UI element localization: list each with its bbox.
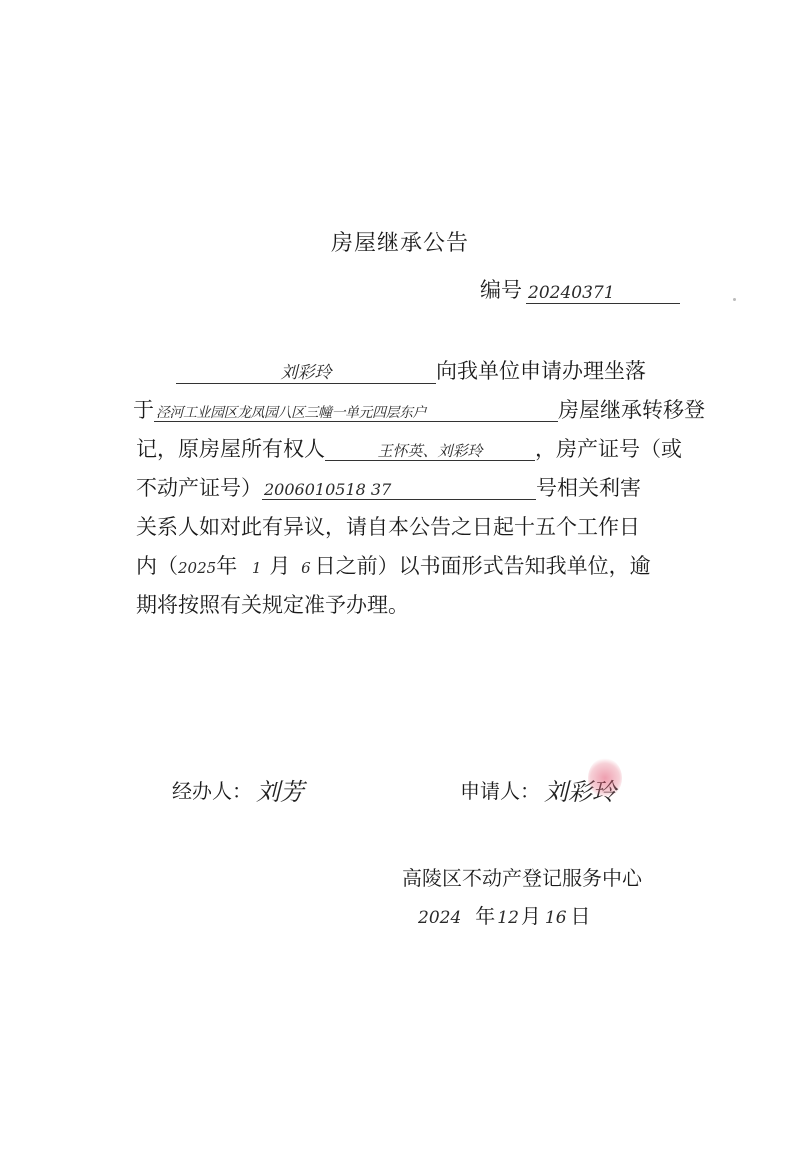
handler-signature: 刘芳 [256, 772, 304, 807]
body-text-2-suffix: 房屋继承转移登 [558, 398, 705, 422]
notice-body: 刘彩玲向我单位申请办理坐落 于泾河工业园区龙凤园八区三幢一单元四层东户房屋继承转… [136, 352, 696, 625]
deadline-year: 2025 [178, 549, 216, 588]
body-line-3: 记，原房屋所有权人王怀英、刘彩玲，房产证号（或 [136, 430, 696, 469]
issue-date-month-unit: 月 [521, 904, 541, 928]
body-text-3-prefix: 记，原房屋所有权人 [136, 437, 325, 461]
body-line-6: 内（2025年 1月 6日之前）以书面形式告知我单位，逾 [136, 547, 696, 586]
body-text-2-prefix: 于 [133, 398, 154, 422]
body-text-3-suffix: ，房产证号（或 [535, 437, 682, 461]
handler-label: 经办人： [172, 775, 252, 804]
issuing-organization: 高陵区不动产登记服务中心 [402, 862, 642, 891]
fingerprint-stamp-icon [588, 758, 622, 798]
body-line-7: 期将按照有关规定准予办理。 [136, 586, 696, 625]
body-line-2: 于泾河工业园区龙凤园八区三幢一单元四层东户房屋继承转移登 [133, 391, 696, 430]
handler-signature-block: 经办人： 刘芳 [172, 772, 304, 807]
body-text-1: 向我单位申请办理坐落 [436, 359, 646, 383]
deadline-day: 6 [301, 549, 311, 588]
applicant-name-field: 刘彩玲 [176, 365, 436, 384]
deadline-month: 1 [252, 549, 262, 588]
original-owners-field: 王怀英、刘彩玲 [325, 444, 535, 461]
issue-date: 2024年12月16日 [418, 900, 591, 929]
certificate-number-field: 2006010518 37 [262, 482, 536, 500]
serial-number-field: 20240371 [526, 285, 680, 304]
issue-date-year: 2024 [418, 908, 461, 928]
body-text-4-suffix: 号相关利害 [536, 476, 641, 500]
applicant-signature-wrap: 刘彩玲 [544, 772, 616, 807]
document-title: 房屋继承公告 [0, 226, 800, 257]
serial-label: 编号 [480, 274, 522, 304]
issue-date-year-unit: 年 [475, 904, 495, 928]
deadline-month-unit: 月 [269, 554, 290, 578]
document-page: 房屋继承公告 编号 20240371 刘彩玲向我单位申请办理坐落 于泾河工业园区… [0, 0, 800, 1154]
applicant-signature-block: 申请人： 刘彩玲 [460, 772, 616, 807]
deadline-year-unit: 年 [216, 554, 237, 578]
body-line-4: 不动产证号）2006010518 37号相关利害 [136, 469, 696, 508]
body-text-4-prefix: 不动产证号） [136, 476, 262, 500]
applicant-label: 申请人： [460, 775, 540, 804]
issue-date-day-unit: 日 [571, 904, 591, 928]
body-line-5: 关系人如对此有异议，请自本公告之日起十五个工作日 [136, 508, 696, 547]
scan-speck [733, 298, 736, 301]
issue-date-day: 16 [545, 908, 567, 928]
property-address-field: 泾河工业园区龙凤园八区三幢一单元四层东户 [154, 406, 558, 422]
body-line-1: 刘彩玲向我单位申请办理坐落 [136, 352, 696, 391]
body-text-6-prefix: 内（ [136, 554, 178, 578]
issue-date-month: 12 [497, 908, 519, 928]
serial-number-row: 编号 20240371 [480, 274, 680, 304]
body-text-6-suffix: 日之前）以书面形式告知我单位，逾 [315, 554, 651, 578]
